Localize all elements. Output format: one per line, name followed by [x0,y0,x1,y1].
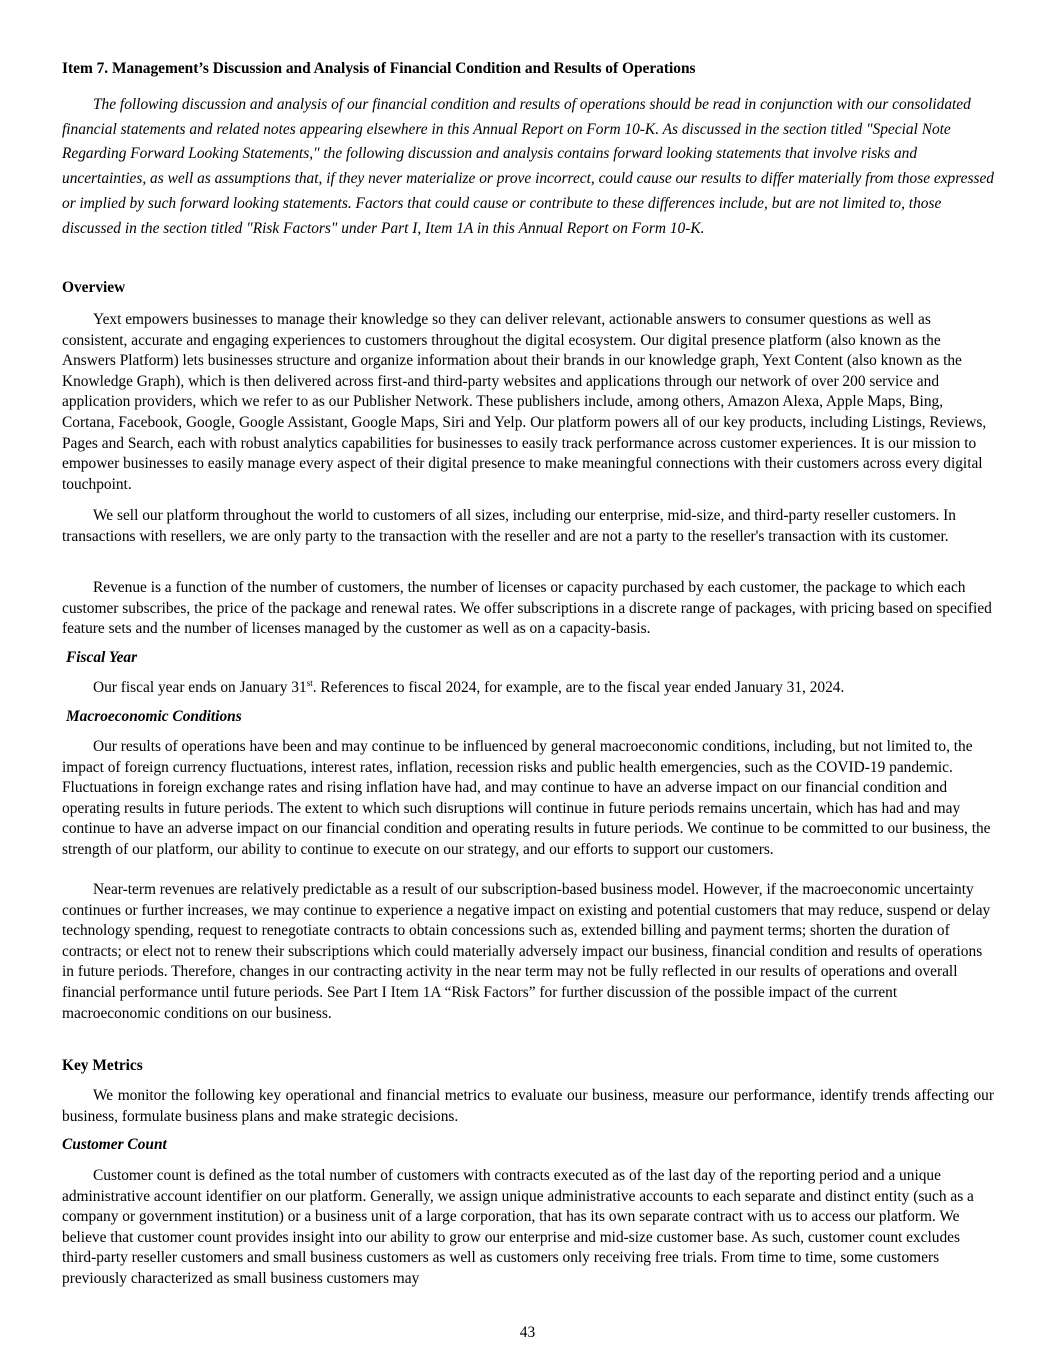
macro-paragraph-1: Our results of operations have been and … [62,737,994,861]
key-metrics-heading: Key Metrics [62,1056,143,1076]
page-number: 43 [0,1323,1055,1343]
item-7-heading: Item 7. Management’s Discussion and Anal… [62,59,696,79]
intro-paragraph: The following discussion and analysis of… [62,93,994,241]
fiscal-year-text: Our fiscal year ends on January 31 [93,679,307,696]
overview-paragraph-1: Yext empowers businesses to manage their… [62,310,994,495]
key-metrics-paragraph: We monitor the following key operational… [62,1086,994,1127]
fiscal-year-heading: Fiscal Year [66,648,137,668]
customer-count-heading: Customer Count [62,1135,167,1155]
macro-heading: Macroeconomic Conditions [66,707,242,727]
fiscal-year-paragraph: Our fiscal year ends on January 31st. Re… [62,678,994,699]
overview-paragraph-2: We sell our platform throughout the worl… [62,506,994,547]
overview-heading: Overview [62,278,125,298]
overview-paragraph-3: Revenue is a function of the number of c… [62,578,994,640]
macro-paragraph-2: Near-term revenues are relatively predic… [62,880,994,1024]
customer-count-paragraph: Customer count is defined as the total n… [62,1166,994,1290]
fiscal-year-text-rest: . References to fiscal 2024, for example… [313,679,845,696]
